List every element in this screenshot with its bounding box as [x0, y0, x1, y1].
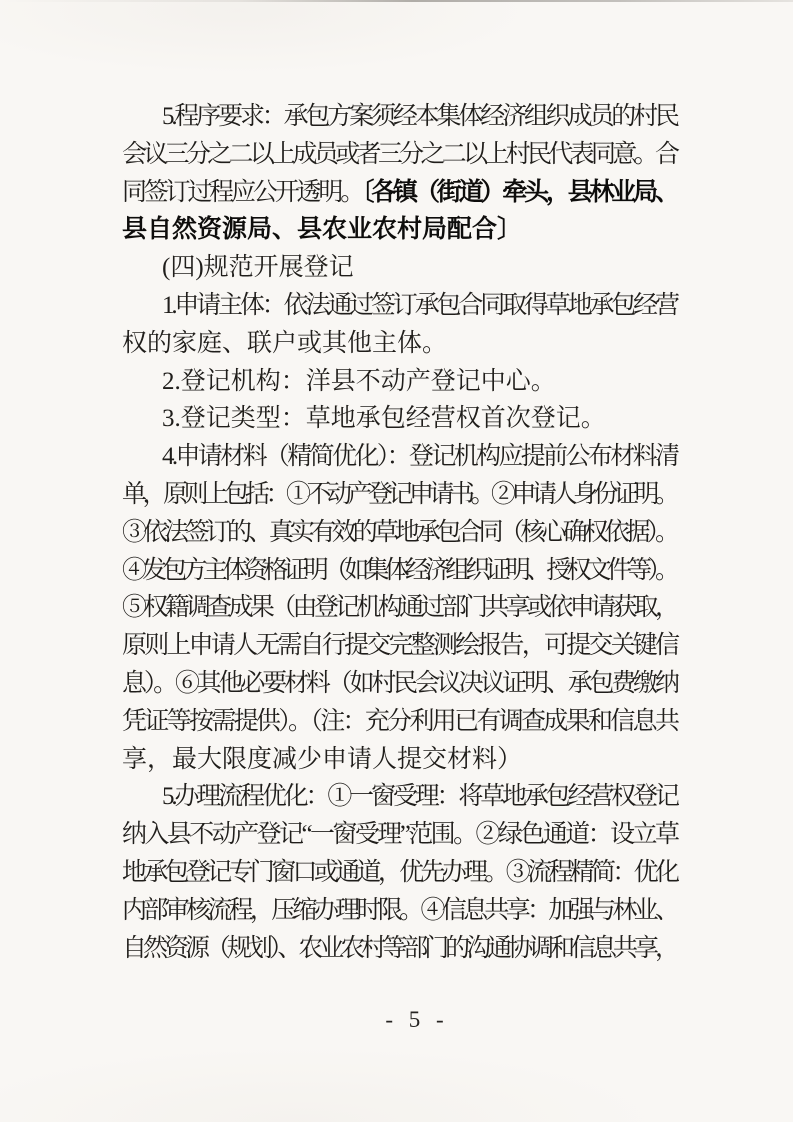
text-line: 1.申请主体：依法通过签订承包合同取得草地承包经营 — [122, 287, 680, 325]
scanned-page: { "page": { "background_color": "#f9f7f4… — [0, 0, 793, 1122]
body-text: 2.登记机构：洋县不动产登记中心。 — [162, 368, 556, 395]
body-text: ④发包方主体资格证明（如集体经济组织证明、授权文件等）。 — [122, 557, 675, 584]
text-line: (四)规范开展登记 — [122, 249, 680, 287]
text-line: ⑤权籍调查成果（由登记机构通过部门共享或依申请获取， — [122, 589, 680, 627]
body-text: 息）。⑥其他必要材料（如村民会议决议证明、承包费缴纳 — [122, 670, 677, 697]
body-text: 原则上申请人无需自行提交完整测绘报告，可提交关键信 — [122, 632, 677, 659]
text-line: 纳入县不动产登记“一窗受理”范围。②绿色通道：设立草 — [122, 816, 680, 854]
text-line: 内部审核流程，压缩办理时限。④信息共享：加强与林业、 — [122, 892, 680, 930]
text-line: 享，最大限度减少申请人提交材料） — [122, 741, 680, 779]
emphasis-text: 县自然资源局、县农业农村局配合〕 — [122, 216, 522, 243]
text-line: 地承包登记专门窗口或通道，优先办理。③流程精简：优化 — [122, 854, 680, 892]
text-line: 自然资源（规划）、农业农村等部门的沟通协调和信息共享， — [122, 930, 680, 968]
text-line: 5.程序要求：承包方案须经本集体经济组织成员的村民 — [122, 98, 680, 136]
body-text: 5.程序要求：承包方案须经本集体经济组织成员的村民 — [162, 103, 677, 130]
body-text: 凭证等按需提供）。（注：充分利用已有调查成果和信息共 — [122, 708, 677, 735]
body-text: (四)规范开展登记 — [162, 254, 354, 281]
body-text: 会议三分之二以上成员或者三分之二以上村民代表同意。合 — [122, 141, 676, 168]
body-text: 同签订过程应公开透明。 — [122, 179, 362, 206]
text-line: 4.申请材料（精简优化）：登记机构应提前公布材料清 — [122, 438, 680, 476]
body-text: 单，原则上包括：①不动产登记申请书。②申请人身份证明。 — [122, 481, 676, 508]
page-number: - 5 - — [385, 1006, 448, 1034]
emphasis-text: 〔各镇（街道）牵头，县林业局、 — [362, 179, 677, 206]
text-line: 3.登记类型：草地承包经营权首次登记。 — [122, 400, 680, 438]
text-line: ④发包方主体资格证明（如集体经济组织证明、授权文件等）。 — [122, 552, 680, 590]
text-line: 同签订过程应公开透明。〔各镇（街道）牵头，县林业局、 — [122, 174, 680, 212]
body-text: 4.申请材料（精简优化）：登记机构应提前公布材料清 — [162, 443, 677, 470]
body-text: ⑤权籍调查成果（由登记机构通过部门共享或依申请获取， — [122, 594, 676, 621]
body-text: 权的家庭、联户或其他主体。 — [122, 330, 447, 357]
body-text: 内部审核流程，压缩办理时限。④信息共享：加强与林业、 — [122, 897, 676, 924]
text-line: 单，原则上包括：①不动产登记申请书。②申请人身份证明。 — [122, 476, 680, 514]
text-line: 凭证等按需提供）。（注：充分利用已有调查成果和信息共 — [122, 703, 680, 741]
text-line: ③依法签订的、真实有效的草地承包合同（核心确权依据）。 — [122, 514, 680, 552]
text-line: 会议三分之二以上成员或者三分之二以上村民代表同意。合 — [122, 136, 680, 174]
text-line: 息）。⑥其他必要材料（如村民会议决议证明、承包费缴纳 — [122, 665, 680, 703]
body-text: 地承包登记专门窗口或通道，优先办理。③流程精简：优化 — [122, 859, 676, 886]
text-line: 县自然资源局、县农业农村局配合〕 — [122, 211, 680, 249]
text-line: 5.办理流程优化：①一窗受理：将草地承包经营权登记 — [122, 778, 680, 816]
text-line: 2.登记机构：洋县不动产登记中心。 — [122, 363, 680, 401]
body-text: 1.申请主体：依法通过签订承包合同取得草地承包经营 — [162, 292, 677, 319]
text-line: 原则上申请人无需自行提交完整测绘报告，可提交关键信 — [122, 627, 680, 665]
document-body: 5.程序要求：承包方案须经本集体经济组织成员的村民会议三分之二以上成员或者三分之… — [122, 98, 680, 967]
body-text: 自然资源（规划）、农业农村等部门的沟通协调和信息共享， — [122, 935, 676, 962]
scan-artifact-top-edge — [0, 0, 793, 2]
body-text: 享，最大限度减少申请人提交材料） — [122, 746, 522, 773]
body-text: 3.登记类型：草地承包经营权首次登记。 — [162, 405, 606, 432]
body-text: 5.办理流程优化：①一窗受理：将草地承包经营权登记 — [162, 783, 677, 810]
body-text: 纳入县不动产登记“一窗受理”范围。②绿色通道：设立草 — [122, 821, 677, 848]
body-text: ③依法签订的、真实有效的草地承包合同（核心确权依据）。 — [122, 519, 676, 546]
text-line: 权的家庭、联户或其他主体。 — [122, 325, 680, 363]
